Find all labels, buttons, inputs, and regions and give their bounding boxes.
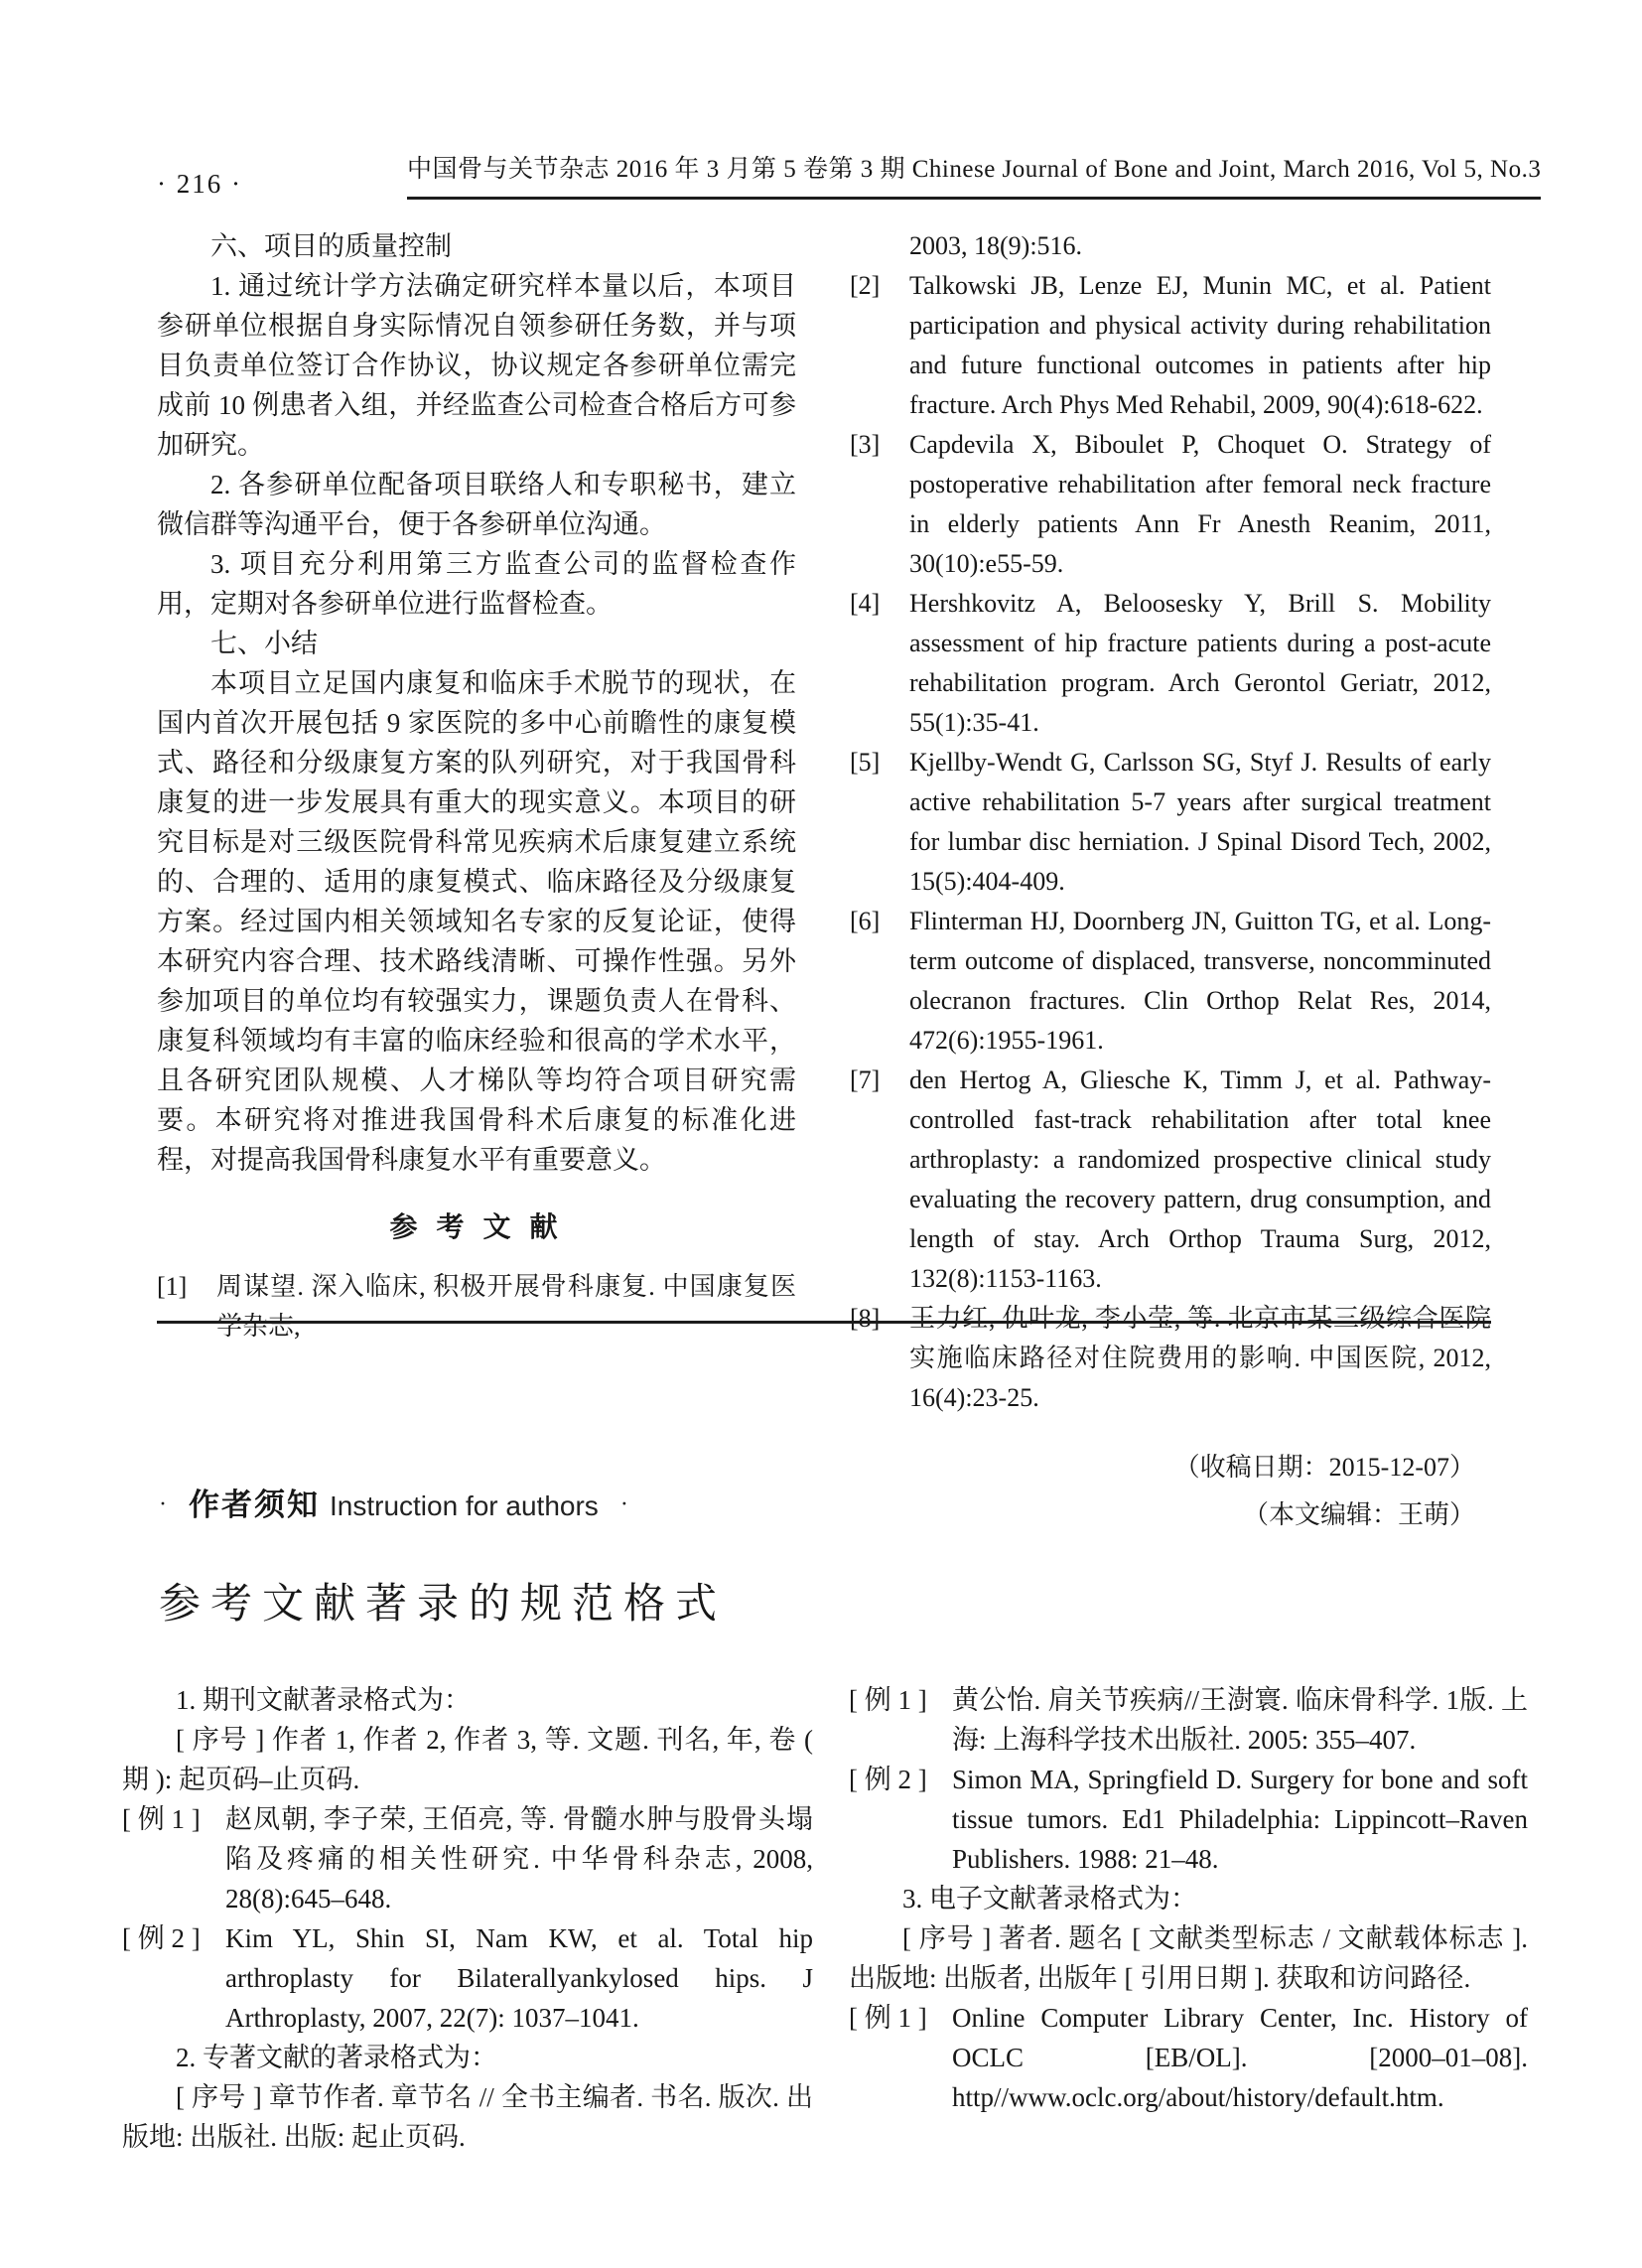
instruction-authors-label-en: Instruction for authors bbox=[330, 1490, 599, 1521]
instruction-authors-label-cn: 作者须知 bbox=[189, 1488, 320, 1522]
instruction-authors-label: ·作者须知Instruction for authors· bbox=[159, 1480, 628, 1524]
references-list-left: [1] 周谋望. 深入临床, 积极开展骨科康复. 中国康复医学杂志, bbox=[157, 1267, 796, 1347]
reference-item: [7] den Hertog A, Gliesche K, Timm J, et… bbox=[850, 1061, 1491, 1299]
reference-item: [6] Flinterman HJ, Doornberg JN, Guitton… bbox=[850, 902, 1491, 1061]
instruction-item: [ 例 1 ] Online Computer Library Center, … bbox=[849, 1998, 1528, 2117]
reference-label: [8] bbox=[850, 1299, 909, 1418]
paragraph: 2. 各参研单位配备项目联络人和专职秘书，建立微信群等沟通平台，便于各参研单位沟… bbox=[157, 465, 796, 544]
reference-text: den Hertog A, Gliesche K, Timm J, et al.… bbox=[909, 1061, 1491, 1299]
reference-text: Hershkovitz A, Beloosesky Y, Brill S. Mo… bbox=[909, 584, 1491, 743]
journal-page: · 216 · 中国骨与关节杂志 2016 年 3 月第 5 卷第 3 期 Ch… bbox=[0, 0, 1642, 2268]
reference-item: [2] Talkowski JB, Lenze EJ, Munin MC, et… bbox=[850, 266, 1491, 425]
reference-label: [1] bbox=[157, 1267, 216, 1347]
instruction-text: 2. 专著文献的著录格式为： bbox=[176, 2043, 497, 2072]
instruction-body: 1. 期刊文献著录格式为： [ 序号 ] 作者 1, 作者 2, 作者 3, 等… bbox=[122, 1680, 1528, 2157]
instruction-item: [ 例 1 ] 赵凤朝, 李子荣, 王佰亮, 等. 骨髓水肿与股骨头塌陷及疼痛的… bbox=[122, 1799, 813, 1918]
instruction-text: 赵凤朝, 李子荣, 王佰亮, 等. 骨髓水肿与股骨头塌陷及疼痛的相关性研究. 中… bbox=[225, 1799, 813, 1918]
reference-item: [1] 周谋望. 深入临床, 积极开展骨科康复. 中国康复医学杂志, bbox=[157, 1267, 796, 1347]
instruction-item: 1. 期刊文献著录格式为： bbox=[122, 1680, 813, 1720]
instruction-text: Kim YL, Shin SI, Nam KW, et al. Total hi… bbox=[225, 1918, 813, 2038]
example-label: [ 例 1 ] bbox=[849, 1680, 952, 1760]
instruction-item: [ 例 2 ] Simon MA, Springfield D. Surgery… bbox=[849, 1760, 1528, 1879]
reference-label: [5] bbox=[850, 743, 909, 902]
paragraph: 1. 通过统计学方法确定研究样本量以后，本项目参研单位根据自身实际情况自领参研任… bbox=[157, 266, 796, 465]
article-paragraphs: 六、项目的质量控制 1. 通过统计学方法确定研究样本量以后，本项目参研单位根据自… bbox=[157, 226, 796, 1180]
instruction-item: 2. 专著文献的著录格式为： bbox=[122, 2038, 813, 2077]
page-header: · 216 · 中国骨与关节杂志 2016 年 3 月第 5 卷第 3 期 Ch… bbox=[157, 149, 1493, 200]
instruction-text: [ 序号 ] 章节作者. 章节名 // 全书主编者. 书名. 版次. 出版地: … bbox=[122, 2082, 813, 2152]
received-date: （收稿日期：2015-12-07） bbox=[850, 1444, 1491, 1491]
paragraph: 六、项目的质量控制 bbox=[157, 226, 796, 266]
instruction-text: 黄公怡. 肩关节疾病//王澍寰. 临床骨科学. 1版. 上海: 上海科学技术出版… bbox=[952, 1680, 1528, 1760]
paragraph: 七、小结 bbox=[157, 624, 796, 663]
reference-text: 王力红, 仇叶龙, 李小莹, 等. 北京市某三级综合医院实施临床路径对住院费用的… bbox=[909, 1299, 1491, 1418]
example-label: [ 例 1 ] bbox=[849, 1998, 952, 2117]
instruction-left-column: 1. 期刊文献著录格式为： [ 序号 ] 作者 1, 作者 2, 作者 3, 等… bbox=[122, 1680, 813, 2157]
instruction-item: [ 例 1 ] 黄公怡. 肩关节疾病//王澍寰. 临床骨科学. 1版. 上海: … bbox=[849, 1680, 1528, 1760]
instruction-text: [ 序号 ] 著者. 题名 [ 文献类型标志 / 文献载体标志 ]. 出版地: … bbox=[849, 1923, 1528, 1993]
example-label: [ 例 2 ] bbox=[122, 1918, 225, 2038]
reference-label: [3] bbox=[850, 425, 909, 584]
reference-text: 周谋望. 深入临床, 积极开展骨科康复. 中国康复医学杂志, bbox=[216, 1267, 796, 1347]
section-divider bbox=[157, 1321, 1491, 1324]
paragraph: 3. 项目充分利用第三方监查公司的监督检查作用，定期对各参研单位进行监督检查。 bbox=[157, 544, 796, 624]
editor-note: （本文编辑：王萌） bbox=[850, 1491, 1491, 1539]
reference-text: Talkowski JB, Lenze EJ, Munin MC, et al.… bbox=[909, 266, 1491, 425]
instruction-item: [ 例 2 ] Kim YL, Shin SI, Nam KW, et al. … bbox=[122, 1918, 813, 2038]
reference-item: [3] Capdevila X, Biboulet P, Choquet O. … bbox=[850, 425, 1491, 584]
instruction-item: 3. 电子文献著录格式为： bbox=[849, 1879, 1528, 1918]
reference-continuation: 2003, 18(9):516. bbox=[850, 226, 1491, 266]
references-heading: 参 考 文 献 bbox=[157, 1205, 796, 1245]
instruction-text: 3. 电子文献著录格式为： bbox=[902, 1884, 1197, 1914]
article-body: 六、项目的质量控制 1. 通过统计学方法确定研究样本量以后，本项目参研单位根据自… bbox=[157, 226, 1491, 1539]
instruction-item: [ 序号 ] 章节作者. 章节名 // 全书主编者. 书名. 版次. 出版地: … bbox=[122, 2077, 813, 2157]
reference-label: [4] bbox=[850, 584, 909, 743]
page-number: · 216 · bbox=[157, 169, 306, 200]
instruction-item: [ 序号 ] 著者. 题名 [ 文献类型标志 / 文献载体标志 ]. 出版地: … bbox=[849, 1918, 1528, 1998]
article-right-column: 2003, 18(9):516. [2] Talkowski JB, Lenze… bbox=[850, 226, 1491, 1539]
reference-item: [8] 王力红, 仇叶龙, 李小莹, 等. 北京市某三级综合医院实施临床路径对住… bbox=[850, 1299, 1491, 1418]
reference-label: [6] bbox=[850, 902, 909, 1061]
reference-text: Capdevila X, Biboulet P, Choquet O. Stra… bbox=[909, 425, 1491, 584]
instruction-text: [ 序号 ] 作者 1, 作者 2, 作者 3, 等. 文题. 刊名, 年, 卷… bbox=[122, 1725, 813, 1794]
reference-label: [2] bbox=[850, 266, 909, 425]
instruction-text: Simon MA, Springfield D. Surgery for bon… bbox=[952, 1760, 1528, 1879]
reference-text: Flinterman HJ, Doornberg JN, Guitton TG,… bbox=[909, 902, 1491, 1061]
paragraph: 本项目立足国内康复和临床手术脱节的现状，在国内首次开展包括 9 家医院的多中心前… bbox=[157, 663, 796, 1180]
instruction-text: Online Computer Library Center, Inc. His… bbox=[952, 1998, 1528, 2117]
middle-dot-left: · bbox=[159, 1491, 167, 1517]
instruction-text: 1. 期刊文献著录格式为： bbox=[176, 1685, 471, 1715]
journal-title: 中国骨与关节杂志 2016 年 3 月第 5 卷第 3 期 Chinese Jo… bbox=[407, 149, 1541, 200]
reference-item: [4] Hershkovitz A, Beloosesky Y, Brill S… bbox=[850, 584, 1491, 743]
instruction-title: 参考文献著录的规范格式 bbox=[159, 1571, 727, 1630]
references-list-right: [2] Talkowski JB, Lenze EJ, Munin MC, et… bbox=[850, 266, 1491, 1418]
reference-item: [5] Kjellby-Wendt G, Carlsson SG, Styf J… bbox=[850, 743, 1491, 902]
reference-label: [7] bbox=[850, 1061, 909, 1299]
article-left-column: 六、项目的质量控制 1. 通过统计学方法确定研究样本量以后，本项目参研单位根据自… bbox=[157, 226, 796, 1539]
middle-dot-right: · bbox=[620, 1491, 628, 1517]
instruction-right-column: [ 例 1 ] 黄公怡. 肩关节疾病//王澍寰. 临床骨科学. 1版. 上海: … bbox=[849, 1680, 1528, 2157]
instruction-item: [ 序号 ] 作者 1, 作者 2, 作者 3, 等. 文题. 刊名, 年, 卷… bbox=[122, 1720, 813, 1799]
example-label: [ 例 1 ] bbox=[122, 1799, 225, 1918]
example-label: [ 例 2 ] bbox=[849, 1760, 952, 1879]
reference-text: Kjellby-Wendt G, Carlsson SG, Styf J. Re… bbox=[909, 743, 1491, 902]
